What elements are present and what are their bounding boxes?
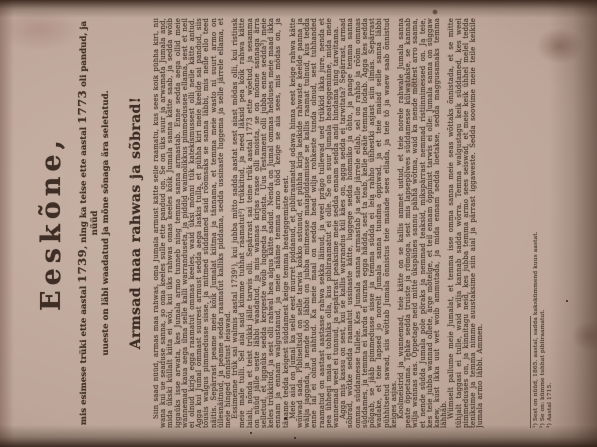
footnotes: ¹) Sest on nüüd, 1865. aastal, sadda kak… [530, 18, 554, 428]
subtitle: mis esimese trüki ette aastal 1739, ning… [77, 18, 112, 428]
footnote-separator [530, 316, 531, 428]
body-paragraph: Koolmeistrid ja wannemad, teie kätte on … [398, 18, 448, 428]
subtitle-line-2: uueste on läbi waadatud ja mõne sõnaga ä… [101, 90, 111, 355]
body-paragraph: Essimenne trük sai walmis aastal 1739¹),… [232, 18, 290, 428]
page-content: Eeskõne, mis esimese trüki ette aastal 1… [6, 6, 584, 440]
body-paragraph: Wiimselt pallume meie Jumalat, et temma … [448, 18, 484, 428]
footnote-1: ¹) Sest on nüüd, 1865. aastal, sadda kak… [533, 18, 540, 428]
year-1739: 1739 [75, 249, 89, 283]
body-paragraph: Agga mis kassu on sest, kui se kallis wa… [340, 18, 398, 428]
body-paragraph: Meie aial on Jumal ka selle eest murret … [290, 18, 340, 428]
document-page: Eeskõne, mis esimese trüki ette aastal 1… [6, 6, 584, 440]
body-paragraph: Siin saad nüüd, armas maa rahwas, oma Ju… [153, 18, 232, 428]
footnote-3: ³) Aastal 1715. [547, 18, 554, 428]
footnote-2: ²) Se on: kümme tuhhat pibliraamatut. [540, 18, 547, 428]
subtitle-line-1: mis esimese trüki ette aastal 1739, ning… [79, 21, 100, 425]
salutation-heading: Armsad maa rahwas ja sõbrad! [128, 18, 144, 428]
body-text: Siin saad nüüd, armas maa rahwas, oma Ju… [153, 18, 555, 428]
page-title: Eeskõne, [36, 18, 67, 428]
year-1773: 1773 [75, 90, 89, 124]
